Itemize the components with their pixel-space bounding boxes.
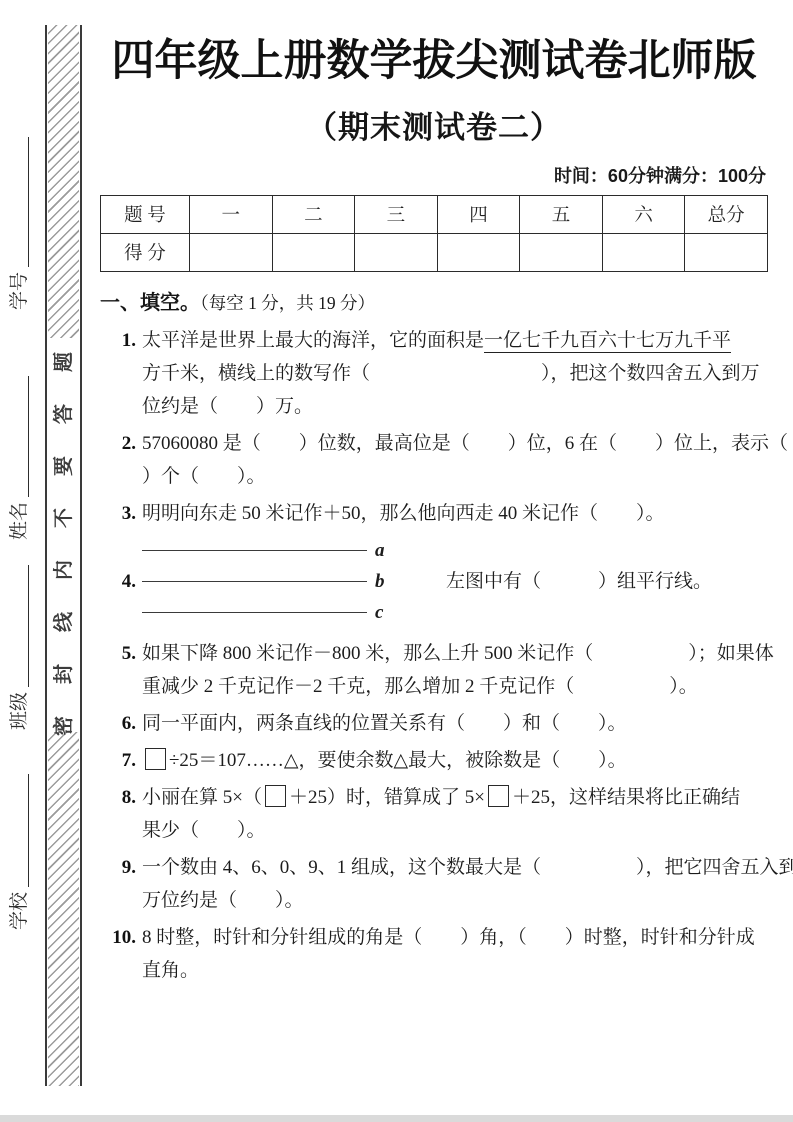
question-1: 1.太平洋是世界上最大的海洋，它的面积是一亿七千九百六十七万九千平方千米，横线上…	[100, 324, 768, 423]
underlined-text: 一亿七千九百六十七万九千平	[484, 330, 731, 353]
score-table-score-row: 得 分	[101, 233, 768, 271]
question-text: 同一平面内，两条直线的位置关系有（ ）和（ ）。	[142, 713, 627, 734]
question-line: 直角。	[142, 954, 768, 987]
question-text: ÷25＝107……△，要使余数△最大，被除数是（ ）。	[169, 750, 627, 771]
diagram-line: c	[142, 597, 400, 628]
question-number: 5.	[100, 637, 142, 703]
sidebar-field-writing-line	[26, 774, 29, 887]
question-line: ）个（ ）。	[142, 460, 788, 493]
question-body: 8 时整，时针和分针组成的角是（ ）角，（ ）时整，时针和分针成直角。	[142, 921, 768, 987]
sidebar-field-label: 姓名	[7, 502, 33, 540]
time-and-score-info: 时间：60分钟满分：100分	[100, 162, 766, 188]
score-table-corner-label: 题 号	[101, 195, 190, 233]
question-8: 8.小丽在算 5×（＋25）时，错算成了 5×＋25，这样结果将比正确结果少（ …	[100, 781, 768, 847]
section-note: （每空 1 分，共 19 分）	[200, 293, 375, 313]
question-line: 小丽在算 5×（＋25）时，错算成了 5×＋25，这样结果将比正确结	[142, 781, 768, 814]
diagram-line-label: c	[375, 596, 383, 629]
question-number: 7.	[100, 744, 142, 777]
diagram-line: b	[142, 566, 400, 597]
question-line: 果少（ ）。	[142, 814, 768, 847]
section-title: 一、填空。	[100, 292, 200, 314]
section-heading: 一、填空。（每空 1 分，共 19 分）	[100, 286, 768, 315]
score-cell-empty	[685, 233, 768, 271]
main-content: 四年级上册数学拔尖测试卷北师版 （期末测试卷二） 时间：60分钟满分：100分 …	[100, 0, 768, 991]
question-body: 57060080 是（ ）位数，最高位是（ ）位，6 在（ ）位上，表示（）个（…	[142, 427, 788, 493]
question-text: ）个（ ）。	[142, 466, 266, 487]
diagram-line-stroke	[142, 581, 367, 582]
page-subtitle: （期末测试卷二）	[100, 102, 768, 147]
question-9: 9.一个数由 4、6、0、9、1 组成，这个数最大是（ ），把它四舍五入到万位约…	[100, 851, 768, 917]
question-line: 8 时整，时针和分针组成的角是（ ）角，（ ）时整，时针和分针成	[142, 921, 768, 954]
question-3: 3.明明向东走 50 米记作＋50，那么他向西走 40 米记作（ ）。	[100, 497, 768, 530]
question-body: 同一平面内，两条直线的位置关系有（ ）和（ ）。	[142, 707, 768, 740]
diagram-line-stroke	[142, 612, 367, 613]
question-line: ÷25＝107……△，要使余数△最大，被除数是（ ）。	[142, 744, 768, 777]
diagram-line-stroke	[142, 550, 367, 551]
question-number: 10.	[100, 921, 142, 987]
score-table-header-row: 题 号一二三四五六总分	[101, 195, 768, 233]
sidebar-field-1: 学号	[7, 137, 33, 310]
diagram-line-label: a	[375, 534, 385, 567]
question-line: 一个数由 4、6、0、9、1 组成，这个数最大是（ ），把它四舍五入到	[142, 851, 793, 884]
parallel-lines-figure-row: abc左图中有（ ）组平行线。	[142, 534, 768, 629]
question-text: 位约是（ ）万。	[142, 396, 313, 417]
question-line: 太平洋是世界上最大的海洋，它的面积是一亿七千九百六十七万九千平	[142, 324, 768, 357]
question-text: 重减少 2 千克记作－2 千克，那么增加 2 千克记作（ ）。	[142, 676, 698, 697]
question-number: 2.	[100, 427, 142, 493]
score-cell-empty	[520, 233, 603, 271]
blank-box	[145, 748, 166, 770]
question-body: 一个数由 4、6、0、9、1 组成，这个数最大是（ ），把它四舍五入到万位约是（…	[142, 851, 793, 917]
question-5: 5.如果下降 800 米记作－800 米，那么上升 500 米记作（ ）；如果体…	[100, 637, 768, 703]
question-7: 7.÷25＝107……△，要使余数△最大，被除数是（ ）。	[100, 744, 768, 777]
page-bottom-edge	[0, 1115, 793, 1122]
diagram-line-label: b	[375, 565, 385, 598]
score-table-column-header: 总分	[685, 195, 768, 233]
question-line: 重减少 2 千克记作－2 千克，那么增加 2 千克记作（ ）。	[142, 670, 774, 703]
question-body: abc左图中有（ ）组平行线。	[142, 534, 768, 629]
sidebar-field-writing-line	[26, 565, 29, 687]
sidebar-field-label: 班级	[7, 692, 33, 730]
question-text: 直角。	[142, 960, 199, 981]
question-body: ÷25＝107……△，要使余数△最大，被除数是（ ）。	[142, 744, 768, 777]
question-number: 4.	[100, 565, 142, 598]
score-table: 题 号一二三四五六总分得 分	[100, 195, 768, 272]
question-line: 同一平面内，两条直线的位置关系有（ ）和（ ）。	[142, 707, 768, 740]
seal-line-left	[45, 25, 47, 1086]
score-cell-empty	[272, 233, 355, 271]
question-text: 8 时整，时针和分针组成的角是（ ）角，（ ）时整，时针和分针成	[142, 927, 755, 948]
question-2: 2.57060080 是（ ）位数，最高位是（ ）位，6 在（ ）位上，表示（）…	[100, 427, 768, 493]
question-text: 方千米，横线上的数写作（ ），把这个数四舍五入到万	[142, 363, 760, 384]
sidebar-field-label: 学号	[7, 272, 33, 310]
score-cell-empty	[602, 233, 685, 271]
score-table-column-header: 四	[437, 195, 520, 233]
score-table-body: 题 号一二三四五六总分得 分	[101, 195, 768, 271]
question-number: 3.	[100, 497, 142, 530]
score-table-column-header: 二	[272, 195, 355, 233]
question-text: 如果下降 800 米记作－800 米，那么上升 500 米记作（ ）；如果体	[142, 643, 774, 664]
question-6: 6.同一平面内，两条直线的位置关系有（ ）和（ ）。	[100, 707, 768, 740]
score-cell-empty	[355, 233, 438, 271]
sidebar-field-2: 姓名	[7, 376, 33, 540]
score-table-column-header: 六	[602, 195, 685, 233]
question-10: 10.8 时整，时针和分针组成的角是（ ）角，（ ）时整，时针和分针成直角。	[100, 921, 768, 987]
question-number: 9.	[100, 851, 142, 917]
diagram-line: a	[142, 535, 400, 566]
exam-paper-page: 学号姓名班级学校 密封线内不要答题 四年级上册数学拔尖测试卷北师版 （期末测试卷…	[0, 0, 793, 1122]
question-text: ＋25）时，错算成了 5×	[289, 787, 485, 808]
sidebar-field-writing-line	[26, 137, 29, 267]
score-table-column-header: 五	[520, 195, 603, 233]
question-text: 太平洋是世界上最大的海洋，它的面积是	[142, 330, 484, 351]
score-cell-empty	[190, 233, 273, 271]
sidebar-field-3: 班级	[7, 565, 33, 730]
question-body: 小丽在算 5×（＋25）时，错算成了 5×＋25，这样结果将比正确结果少（ ）。	[142, 781, 768, 847]
question-line: 如果下降 800 米记作－800 米，那么上升 500 米记作（ ）；如果体	[142, 637, 774, 670]
blank-box	[265, 785, 286, 807]
question-body: 如果下降 800 米记作－800 米，那么上升 500 米记作（ ）；如果体重减…	[142, 637, 774, 703]
seal-text: 密封线内不要答题	[51, 344, 77, 736]
blank-box	[488, 785, 509, 807]
question-text: 小丽在算 5×（	[142, 787, 262, 808]
question-number: 1.	[100, 324, 142, 423]
page-title: 四年级上册数学拔尖测试卷北师版	[100, 36, 768, 88]
question-text: 57060080 是（ ）位数，最高位是（ ）位，6 在（ ）位上，表示（	[142, 433, 788, 454]
question-text: 万位约是（ ）。	[142, 890, 304, 911]
question-text: 果少（ ）。	[142, 820, 266, 841]
question-body: 明明向东走 50 米记作＋50，那么他向西走 40 米记作（ ）。	[142, 497, 768, 530]
score-table-column-header: 一	[190, 195, 273, 233]
question-text: 左图中有（ ）组平行线。	[446, 565, 712, 598]
score-table-column-header: 三	[355, 195, 438, 233]
hatch-pattern-top	[48, 25, 79, 338]
questions: 1.太平洋是世界上最大的海洋，它的面积是一亿七千九百六十七万九千平方千米，横线上…	[100, 324, 768, 987]
question-4: 4.abc左图中有（ ）组平行线。	[100, 534, 768, 629]
question-line: 位约是（ ）万。	[142, 390, 768, 423]
question-text: ＋25，这样结果将比正确结	[512, 787, 740, 808]
question-line: 方千米，横线上的数写作（ ），把这个数四舍五入到万	[142, 357, 768, 390]
sidebar-field-label: 学校	[7, 892, 33, 930]
question-line: 明明向东走 50 米记作＋50，那么他向西走 40 米记作（ ）。	[142, 497, 768, 530]
question-number: 6.	[100, 707, 142, 740]
parallel-lines-diagram: abc	[142, 534, 400, 629]
sidebar-field-writing-line	[26, 376, 29, 497]
question-line: 57060080 是（ ）位数，最高位是（ ）位，6 在（ ）位上，表示（	[142, 427, 788, 460]
score-cell-empty	[437, 233, 520, 271]
question-number: 8.	[100, 781, 142, 847]
question-line: 万位约是（ ）。	[142, 884, 793, 917]
question-text: 明明向东走 50 米记作＋50，那么他向西走 40 米记作（ ）。	[142, 503, 665, 524]
question-body: 太平洋是世界上最大的海洋，它的面积是一亿七千九百六十七万九千平方千米，横线上的数…	[142, 324, 768, 423]
hatch-pattern-bottom	[48, 732, 79, 1086]
question-text: 一个数由 4、6、0、9、1 组成，这个数最大是（ ），把它四舍五入到	[142, 857, 793, 878]
seal-line-right	[80, 25, 82, 1086]
sidebar-field-4: 学校	[7, 774, 33, 930]
score-label-cell: 得 分	[101, 233, 190, 271]
